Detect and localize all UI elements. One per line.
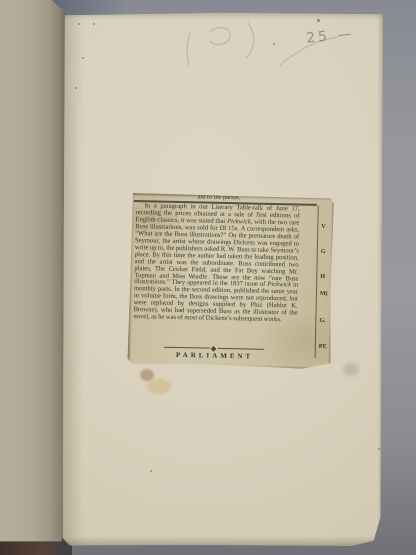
- adjacent-column-fragment: V: [321, 223, 326, 230]
- column-rule-vertical: [315, 206, 319, 358]
- foxing-spot: [93, 23, 95, 25]
- foxing-spot: [150, 470, 152, 472]
- pencil-scribbles-icon: [160, 13, 380, 73]
- bottom-heading-text: PARLIAMENT: [176, 351, 253, 360]
- foxing-spot: [378, 448, 380, 450]
- divider-line: [164, 347, 210, 349]
- adjacent-column-fragment: G: [321, 248, 326, 255]
- adjacent-column-fragment: M(: [320, 290, 328, 297]
- article-part: , with the two rare Buss illustrations, …: [134, 218, 299, 288]
- book-photo: 25 — aid to the parish. In a paragraph i…: [0, 0, 416, 555]
- divider-diamond-icon: [211, 346, 216, 351]
- newspaper-clipping: aid to the parish. In a paragraph in our…: [127, 193, 334, 369]
- adjacent-column-fragment: PE: [319, 343, 327, 350]
- facing-page: [0, 0, 68, 549]
- page-smudge: [343, 363, 359, 376]
- foxing-spot: [75, 87, 77, 89]
- glue-stain: [147, 379, 171, 394]
- article-part: in monthly parts. In the second edition,…: [133, 282, 298, 324]
- glue-stain: [140, 369, 154, 381]
- foxing-spot: [78, 23, 80, 25]
- clipping-article-text: In a paragraph in our Literary Table-tal…: [133, 203, 299, 325]
- divider-line: [218, 348, 264, 350]
- adjacent-column-fragment: G.: [319, 317, 326, 324]
- clipping-bottom-heading: PARLIAMENT: [133, 350, 297, 359]
- book-page: 25 — aid to the parish. In a paragraph i…: [60, 11, 384, 547]
- foxing-spot: [82, 57, 84, 59]
- adjacent-column-fragment: H: [320, 273, 325, 280]
